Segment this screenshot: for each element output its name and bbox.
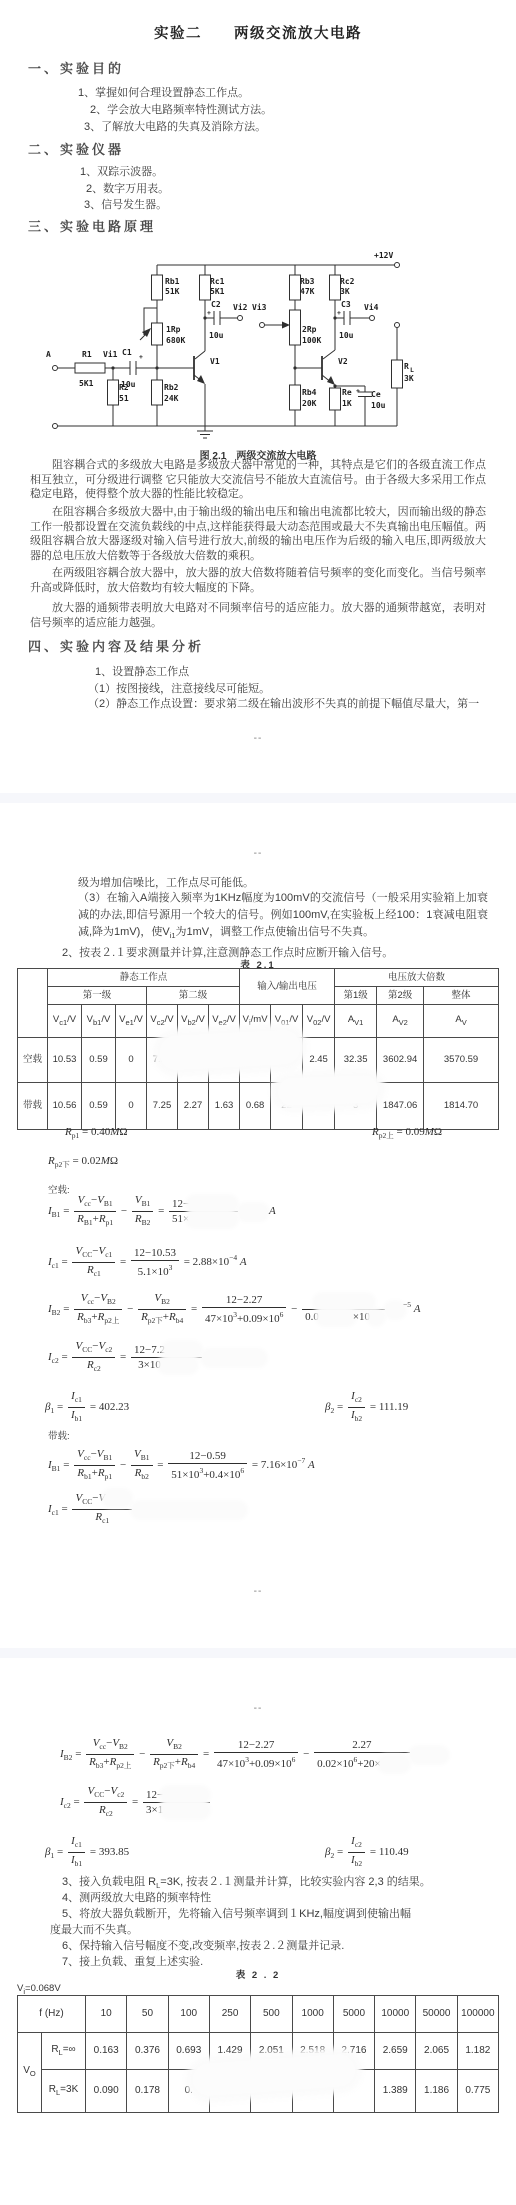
freq-header: f (Hz) <box>18 1996 86 2033</box>
table-cell: 2.27 <box>178 1083 209 1130</box>
table-cell: 100 <box>168 1996 209 2033</box>
page-separator <box>0 1648 516 1658</box>
row-label-rl-3k: RL=3K <box>42 2070 86 2113</box>
vi3-terminal <box>260 323 265 328</box>
header-gain-2: 第2级 <box>377 987 424 1005</box>
circuit-label: 10u <box>339 331 354 340</box>
circuit-label: 5K1 <box>79 379 94 388</box>
resistor-rl <box>392 360 403 388</box>
table-cell: 1.186 <box>416 2070 457 2113</box>
circuit-label: 1Rp <box>166 325 181 334</box>
table-cell: 0 <box>116 1083 147 1130</box>
label-load: 带载: <box>48 1428 70 1442</box>
col-header: Ve1/V <box>116 1005 147 1038</box>
resistor-r2 <box>108 380 119 405</box>
col-header: Vb2/V <box>178 1005 209 1038</box>
col-header: AV1 <box>335 1005 377 1038</box>
supply-terminal <box>395 263 400 268</box>
circuit-label: 100K <box>302 336 321 345</box>
vi4-terminal <box>370 316 375 321</box>
circuit-diagram: +12VRb151KRc15K1Rb347KRc23K1Rp680KC2+Vi2… <box>38 245 478 445</box>
formula-beta2-noload: β2 = Ic2Ib2 = 111.19 <box>325 1390 408 1425</box>
list-item-content-3: 3、接入负载电阻 RL=3K, 按表２.１测量并计算，比较实验内容 2,3 的结… <box>62 1873 431 1890</box>
table-cell: 3602.94 <box>377 1038 424 1083</box>
header-static-point: 静态工作点 <box>48 969 240 987</box>
circuit-label: V1 <box>210 357 220 366</box>
list-item-content-1: 1、设置静态工作点 <box>95 663 189 679</box>
formula-rp1: Rp1 = 0.40MΩ <box>65 1126 128 1140</box>
vi2-terminal <box>238 316 243 321</box>
table-cell: 0.59 <box>82 1038 116 1083</box>
doc-title: 实验二 两级交流放大电路 <box>0 22 516 43</box>
input-terminal-a <box>53 366 58 371</box>
circuit-label: 10u <box>371 401 386 410</box>
input-voltage-note: Vi=0.068V <box>17 1983 61 1996</box>
circuit-label: Rb1 <box>165 277 180 286</box>
page-number: -- <box>0 733 516 744</box>
smudge-redaction <box>278 1075 379 1105</box>
table-corner-blank <box>18 969 48 1038</box>
list-item-instrument-3: 3、信号发生器。 <box>84 196 167 212</box>
table-cell: 1814.70 <box>424 1083 499 1130</box>
circuit-label: 680K <box>166 336 185 345</box>
circuit-label: 20K <box>302 399 317 408</box>
output-terminal <box>395 323 400 328</box>
ground-terminal <box>53 424 58 429</box>
table-cell: 10 <box>86 1996 127 2033</box>
resistor-rc1 <box>200 275 211 300</box>
circuit-label: Ce <box>371 390 381 399</box>
potentiometer-1rp <box>152 323 163 345</box>
paragraph-principle-3: 在两级阻容耦合放大器中，放大器的放大倍数将随着信号频率的变化而变化。当信号频率升… <box>30 566 486 595</box>
circuit-label: 47K <box>300 287 315 296</box>
formula-ib2-load: IB2 = Vcc−VB2Rb3+Rp2上 − VB2Rp2下+Rb4 = 12… <box>60 1737 446 1772</box>
table-cell: 0 <box>116 1038 147 1083</box>
circuit-label: L <box>410 366 414 374</box>
circuit-label: R <box>404 362 409 371</box>
list-item-instrument-1: 1、双踪示波器。 <box>80 163 163 179</box>
list-item-content-1-1: （1）按图接线，注意接线尽可能短。 <box>88 680 270 696</box>
document-page: 实验二 两级交流放大电路 一、实验目的 1、掌握如何合理设置静态工作点。 2、学… <box>0 0 516 2205</box>
row-label-load: 带载 <box>18 1083 48 1130</box>
table-cell: 1000 <box>292 1996 333 2033</box>
circuit-label: 10u <box>209 331 224 340</box>
circuit-label: 5K1 <box>210 287 225 296</box>
circuit-label: V2 <box>338 357 348 366</box>
formula-ib1-load: IB1 = Vcc−VB1Rb1+Rp1 − VB1Rb2 = 12−0.595… <box>48 1448 315 1483</box>
circuit-label: 3K <box>404 374 414 383</box>
resistor-rb1 <box>152 275 163 300</box>
table-cell: 3570.59 <box>424 1038 499 1083</box>
resistor-rb4 <box>290 385 301 410</box>
section-heading-aims: 一、实验目的 <box>28 58 124 77</box>
col-header: V02/V <box>303 1005 335 1038</box>
table-cell: 0.090 <box>86 2070 127 2113</box>
formula-ib2-noload: IB2 = Vcc−VB2Rb3+Rp2上 − VB2Rp2下+Rb4 = 12… <box>48 1292 421 1327</box>
header-gain-all: 整体 <box>424 987 499 1005</box>
circuit-label: Vi2 <box>233 302 248 312</box>
table-cell: 250 <box>209 1996 250 2033</box>
table-cell: 2.065 <box>416 2033 457 2070</box>
resistor-r1 <box>75 363 105 373</box>
resistor-re <box>330 388 341 410</box>
table-2-2-caption: 表 2 . 2 <box>0 1967 516 1981</box>
header-gain: 电压放大倍数 <box>335 969 499 987</box>
table-cell: 10000 <box>375 1996 416 2033</box>
formula-beta1-load: β1 = Ic1Ib1 = 393.85 <box>45 1835 129 1870</box>
formula-ic2-load: Ic2 = VCC−Vc2Rc2 = 12−3×1 <box>60 1785 212 1820</box>
list-item-content-1-2: （2）静态工作点设置：要求第二级在输出波形不失真的前提下幅值尽量大，第一 <box>88 695 479 711</box>
table-2-2: f (Hz) 105010025050010005000100005000010… <box>17 1995 499 2113</box>
circuit-label: Rc1 <box>210 277 225 286</box>
circuit-label: 24K <box>164 394 179 403</box>
formula-beta2-load: β2 = Ic2Ib2 = 110.49 <box>325 1835 409 1870</box>
list-item-content-5: 5、将放大器负载断开，先将输入信号频率调到１KHz,幅度调到使输出幅 <box>62 1905 411 1921</box>
col-header: Vc2/V <box>147 1005 178 1038</box>
row-label-rl-inf: RL=∞ <box>42 2033 86 2070</box>
list-item-content-6: 6、保持输入信号幅度不变,改变频率,按表２.２测量并记录. <box>62 1937 344 1953</box>
formula-rp2-lower: Rp2下 = 0.02MΩ <box>48 1155 118 1170</box>
formula-ib1-noload: IB1 = Vcc−VB1RB1+Rp1 − VB1RB2 = 12−51× A <box>48 1194 276 1229</box>
circuit-label: + <box>139 353 143 361</box>
table-cell: 0.59 <box>82 1083 116 1130</box>
list-item-aim-3: 3、了解放大电路的失真及消除方法。 <box>84 118 266 134</box>
potentiometer-2rp <box>290 310 301 345</box>
section-heading-instruments: 二、实验仪器 <box>28 139 124 158</box>
table-cell: 500 <box>251 1996 292 2033</box>
text-line-continuation: 级为增加信噪比，工作点尽可能低。 <box>78 874 254 890</box>
formula-beta1-noload: β1 = Ic1Ib1 = 402.23 <box>45 1390 129 1425</box>
page-number: -- <box>0 1586 516 1597</box>
row-label-vo: VO <box>18 2033 42 2113</box>
table-cell: 50000 <box>416 1996 457 2033</box>
page-number: -- <box>0 1703 516 1714</box>
circuit-label: Vi3 <box>252 302 267 312</box>
circuit-labels: +12VRb151KRc15K1Rb347KRc23K1Rp680KC2+Vi2… <box>46 251 414 410</box>
circuit-label: C2 <box>211 300 221 309</box>
table-cell: 2.659 <box>375 2033 416 2070</box>
formula-ic2-noload: Ic2 = VCC−Vc2Rc2 = 12−7.23×10 <box>48 1340 264 1375</box>
table-cell: 10.53 <box>48 1038 82 1083</box>
circuit-label: Rb3 <box>300 277 315 286</box>
table-cell: 100000 <box>457 1996 498 2033</box>
circuit-label: R2 <box>119 383 129 392</box>
circuit-label: Vi4 <box>364 302 379 312</box>
table-cell: 7.25 <box>147 1083 178 1130</box>
table-cell: 0.163 <box>86 2033 127 2070</box>
table-cell: 5000 <box>333 1996 374 2033</box>
col-header: AV <box>424 1005 499 1038</box>
list-item-content-4: 4、测两级放大电路的频率特性 <box>62 1889 211 1905</box>
table-cell: 0.775 <box>457 2070 498 2113</box>
circuit-label: Rc2 <box>340 277 355 286</box>
table-cell: 10.56 <box>48 1083 82 1130</box>
formula-ic1-load: Ic1 = VCC−VRc1 <box>48 1492 244 1527</box>
formula-rp2-upper: Rp2上 = 0.09MΩ <box>372 1126 442 1141</box>
circuit-label: Rb4 <box>302 388 317 397</box>
col-header: Vc1/V <box>48 1005 82 1038</box>
circuit-label: C3 <box>341 300 351 309</box>
list-item-instrument-2: 2、数字万用表。 <box>86 180 169 196</box>
header-io-voltage: 输入/输出电压 <box>240 969 335 1005</box>
circuit-label: 51K <box>165 287 180 296</box>
section-heading-principle: 三、实验电路原理 <box>28 216 156 235</box>
table-cell: 1.389 <box>375 2070 416 2113</box>
circuit-label: +12V <box>374 251 393 260</box>
paragraph-content-1-3: （3）在输入A端接入频率为1KHz幅度为100mV的交流信号（一般采用实验箱上加… <box>78 890 488 944</box>
table-cell: 0.178 <box>127 2070 168 2113</box>
resistor-rb2 <box>152 380 163 405</box>
table-cell: 2.45 <box>303 1038 335 1083</box>
col-header: AV2 <box>377 1005 424 1038</box>
section-heading-content: 四、实验内容及结果分析 <box>28 636 204 655</box>
resistor-rb3 <box>290 275 301 300</box>
paragraph-principle-4: 放大器的通频带表明放大电路对不同频率信号的适应能力。放大器的通频带越宽，表明对信… <box>30 601 486 630</box>
table-cell: 1847.06 <box>377 1083 424 1130</box>
circuit-label: 1K <box>342 399 352 408</box>
header-stage-2: 第二级 <box>147 987 240 1005</box>
table-cell: 0.68 <box>240 1083 271 1130</box>
circuit-label: Vi1 <box>103 349 118 359</box>
circuit-label: + <box>337 309 341 317</box>
list-item-aim-1: 1、掌握如何合理设置静态工作点。 <box>78 84 249 100</box>
circuit-label: Rb2 <box>164 383 179 392</box>
header-stage-1: 第一级 <box>48 987 147 1005</box>
page-number: -- <box>0 848 516 859</box>
page-separator <box>0 793 516 803</box>
ground-symbol <box>197 426 213 438</box>
table-cell: 1.182 <box>457 2033 498 2070</box>
resistor-rc2 <box>330 275 341 300</box>
table-cell: 1.63 <box>209 1083 240 1130</box>
paragraph-principle-2: 在阻容耦合多级放大器中,由于输出级的输出电压和输出电流都比较大，因而输出级的静态… <box>30 505 486 563</box>
circuit-label: 3K <box>340 287 350 296</box>
circuit-label: Re <box>342 388 352 397</box>
col-header: Vb1/V <box>82 1005 116 1038</box>
formula-ic1-noload: Ic1 = VCC−Vc1Rc1 = 12−10.535.1×103 = 2.8… <box>48 1245 247 1280</box>
circuit-label: C1 <box>122 348 132 357</box>
circuit-label: + <box>207 309 211 317</box>
header-gain-1: 第1级 <box>335 987 377 1005</box>
table-cell: 0.376 <box>127 2033 168 2070</box>
row-label-noload: 空载 <box>18 1038 48 1083</box>
list-item-aim-2: 2、学会放大电路频率特性测试方法。 <box>90 101 272 117</box>
paragraph-principle-1: 阻容耦合式的多级放大电路是多级放大器中常见的一种，其特点是它们的各级直流工作点相… <box>30 458 486 502</box>
circuit-label: A <box>46 350 51 359</box>
list-item-content-5b: 度最大而不失真。 <box>50 1921 138 1937</box>
circuit-label: + <box>356 387 360 395</box>
circuit-label: R1 <box>82 350 92 359</box>
circuit-label: 51 <box>119 394 129 403</box>
circuit-label: 2Rp <box>302 325 317 334</box>
table-cell: 50 <box>127 1996 168 2033</box>
